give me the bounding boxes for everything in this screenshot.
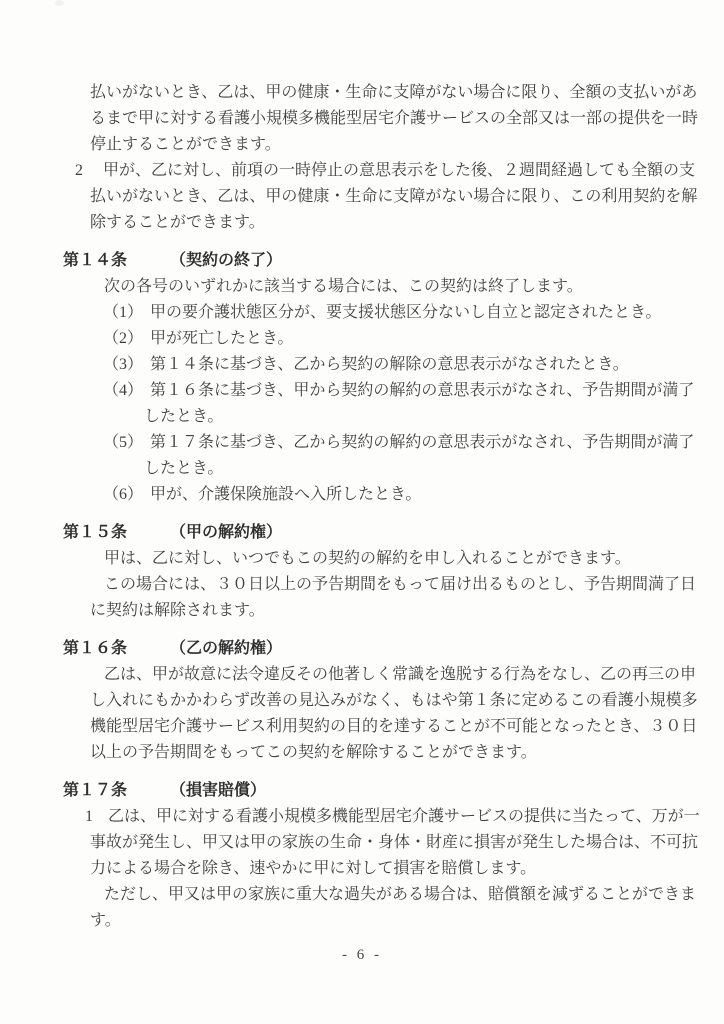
text-line: るまで甲に対する看護小規模多機能型居宅介護サービスの全部又は一部の提供を一時 xyxy=(90,106,651,132)
article-title: （契約の終了） xyxy=(170,248,282,274)
line-text: し入れにもかかわらず改善の見込みがなく、もはや第１条に定めるこの看護小規模多 xyxy=(90,688,651,714)
contract-section: 払いがないとき、乙は、甲の健康・生命に支障がない場合に限り、全額の支払いがあるま… xyxy=(63,80,651,236)
document-page: 払いがないとき、乙は、甲の健康・生命に支障がない場合に限り、全額の支払いがあるま… xyxy=(0,0,724,1024)
line-text: 甲が、乙に対し、前項の一時停止の意思表示をした後、２週間経過しても全額の支 xyxy=(103,158,651,184)
list-marker: （5） xyxy=(103,430,150,456)
list-marker: （2） xyxy=(103,326,150,352)
article-number: 第１５条 xyxy=(63,520,170,546)
line-text: 事故が発生し、甲又は甲の家族の生命・身体・財産に損害が発生した場合は、不可抗 xyxy=(90,830,651,856)
article-number: 第１４条 xyxy=(63,248,170,274)
scan-artifact xyxy=(55,0,64,6)
contract-section: 第１５条（甲の解約権）甲は、乙に対し、いつでもこの契約の解約を申し入れることがで… xyxy=(63,520,651,624)
page-number: - 6 - xyxy=(0,947,724,964)
text-line: 次の各号のいずれかに該当する場合には、この契約は終了します。 xyxy=(104,274,651,300)
text-line: 力による場合を除き、速やかに甲に対して損害を賠償します。 xyxy=(90,856,651,882)
text-line: し入れにもかかわらず改善の見込みがなく、もはや第１条に定めるこの看護小規模多 xyxy=(90,688,651,714)
line-text: す。 xyxy=(90,908,121,934)
text-line: したとき。 xyxy=(144,404,651,430)
paragraph-number: 2 xyxy=(75,158,103,184)
line-text: 次の各号のいずれかに該当する場合には、この契約は終了します。 xyxy=(104,274,583,300)
line-text: 払いがないとき、乙は、甲の健康・生命に支障がない場合に限り、全額の支払いがあ xyxy=(90,80,651,106)
line-text: 乙は、甲が故意に法令違反その他著しく常識を逸脱する行為をなし、乙の再三の申 xyxy=(104,662,651,688)
article-heading: 第１６条（乙の解約権） xyxy=(63,636,651,662)
text-line: （5）第１７条に基づき、乙から契約の解約の意思表示がなされ、予告期間が満了 xyxy=(103,430,651,456)
text-line: したとき。 xyxy=(144,456,651,482)
text-line: 払いがないとき、乙は、甲の健康・生命に支障がない場合に限り、この利用契約を解 xyxy=(90,184,651,210)
text-line: 1乙は、甲に対する看護小規模多機能型居宅介護サービスの提供に当たって、万が一 xyxy=(85,804,651,830)
line-text: ただし、甲又は甲の家族に重大な過失がある場合は、賠償額を減ずることができま xyxy=(104,882,651,908)
text-line: （4）第１６条に基づき、甲から契約の解約の意思表示がなされ、予告期間が満了 xyxy=(103,378,651,404)
text-line: 以上の予告期間をもってこの契約を解除することができます。 xyxy=(90,740,651,766)
contract-body: 払いがないとき、乙は、甲の健康・生命に支障がない場合に限り、全額の支払いがあるま… xyxy=(63,80,651,934)
line-text: したとき。 xyxy=(144,404,223,430)
article-number: 第１６条 xyxy=(63,636,170,662)
line-text: 力による場合を除き、速やかに甲に対して損害を賠償します。 xyxy=(90,856,536,882)
list-marker: （6） xyxy=(103,482,150,508)
text-line: 払いがないとき、乙は、甲の健康・生命に支障がない場合に限り、全額の支払いがあ xyxy=(90,80,651,106)
line-text: 停止することができます。 xyxy=(90,132,281,158)
text-line: 乙は、甲が故意に法令違反その他著しく常識を逸脱する行為をなし、乙の再三の申 xyxy=(104,662,651,688)
text-line: 機能型居宅介護サービス利用契約の目的を達することが不可能となったとき、３０日 xyxy=(90,714,651,740)
list-marker: （3） xyxy=(103,352,150,378)
line-text: この場合には、３０日以上の予告期間をもって届け出るものとし、予告期間満了日 xyxy=(104,572,651,598)
article-heading: 第１４条（契約の終了） xyxy=(63,248,651,274)
line-text: 払いがないとき、乙は、甲の健康・生命に支障がない場合に限り、この利用契約を解 xyxy=(90,184,651,210)
article-title: （乙の解約権） xyxy=(170,636,282,662)
article-title: （甲の解約権） xyxy=(170,520,282,546)
line-text: 甲が死亡したとき。 xyxy=(150,326,293,352)
line-text: 機能型居宅介護サービス利用契約の目的を達することが不可能となったとき、３０日 xyxy=(90,714,651,740)
line-text: 除することができます。 xyxy=(90,210,265,236)
line-text: 第１７条に基づき、乙から契約の解約の意思表示がなされ、予告期間が満了 xyxy=(150,430,651,456)
list-marker: （1） xyxy=(103,300,150,326)
text-line: ただし、甲又は甲の家族に重大な過失がある場合は、賠償額を減ずることができま xyxy=(104,882,651,908)
text-line: 除することができます。 xyxy=(90,210,651,236)
text-line: す。 xyxy=(90,908,651,934)
line-text: 第１４条に基づき、乙から契約の解除の意思表示がなされたとき。 xyxy=(150,352,629,378)
article-heading: 第１７条（損害賠償） xyxy=(63,778,651,804)
contract-section: 第１４条（契約の終了）次の各号のいずれかに該当する場合には、この契約は終了します… xyxy=(63,248,651,508)
line-text: 第１６条に基づき、甲から契約の解約の意思表示がなされ、予告期間が満了 xyxy=(150,378,651,404)
article-heading: 第１５条（甲の解約権） xyxy=(63,520,651,546)
text-line: 2甲が、乙に対し、前項の一時停止の意思表示をした後、２週間経過しても全額の支 xyxy=(75,158,651,184)
text-line: （2）甲が死亡したとき。 xyxy=(103,326,651,352)
line-text: 甲の要介護状態区分が、要支援状態区分ないし自立と認定されたとき。 xyxy=(150,300,661,326)
text-line: に契約は解除されます。 xyxy=(90,598,651,624)
article-number: 第１７条 xyxy=(63,778,170,804)
paragraph-number: 1 xyxy=(85,804,108,830)
line-text: 以上の予告期間をもってこの契約を解除することができます。 xyxy=(90,740,537,766)
contract-section: 第１７条（損害賠償）1乙は、甲に対する看護小規模多機能型居宅介護サービスの提供に… xyxy=(63,778,651,934)
line-text: 甲が、介護保険施設へ入所したとき。 xyxy=(150,482,421,508)
contract-section: 第１６条（乙の解約権）乙は、甲が故意に法令違反その他著しく常識を逸脱する行為をな… xyxy=(63,636,651,766)
text-line: 停止することができます。 xyxy=(90,132,651,158)
line-text: に契約は解除されます。 xyxy=(90,598,265,624)
list-marker: （4） xyxy=(103,378,150,404)
text-line: 甲は、乙に対し、いつでもこの契約の解約を申し入れることができます。 xyxy=(104,546,651,572)
text-line: （3）第１４条に基づき、乙から契約の解除の意思表示がなされたとき。 xyxy=(103,352,651,378)
text-line: （6）甲が、介護保険施設へ入所したとき。 xyxy=(103,482,651,508)
line-text: したとき。 xyxy=(144,456,223,482)
text-line: 事故が発生し、甲又は甲の家族の生命・身体・財産に損害が発生した場合は、不可抗 xyxy=(90,830,651,856)
article-title: （損害賠償） xyxy=(170,778,266,804)
line-text: るまで甲に対する看護小規模多機能型居宅介護サービスの全部又は一部の提供を一時 xyxy=(90,106,651,132)
text-line: この場合には、３０日以上の予告期間をもって届け出るものとし、予告期間満了日 xyxy=(104,572,651,598)
line-text: 甲は、乙に対し、いつでもこの契約の解約を申し入れることができます。 xyxy=(104,546,631,572)
line-text: 乙は、甲に対する看護小規模多機能型居宅介護サービスの提供に当たって、万が一 xyxy=(108,804,651,830)
text-line: （1）甲の要介護状態区分が、要支援状態区分ないし自立と認定されたとき。 xyxy=(103,300,651,326)
